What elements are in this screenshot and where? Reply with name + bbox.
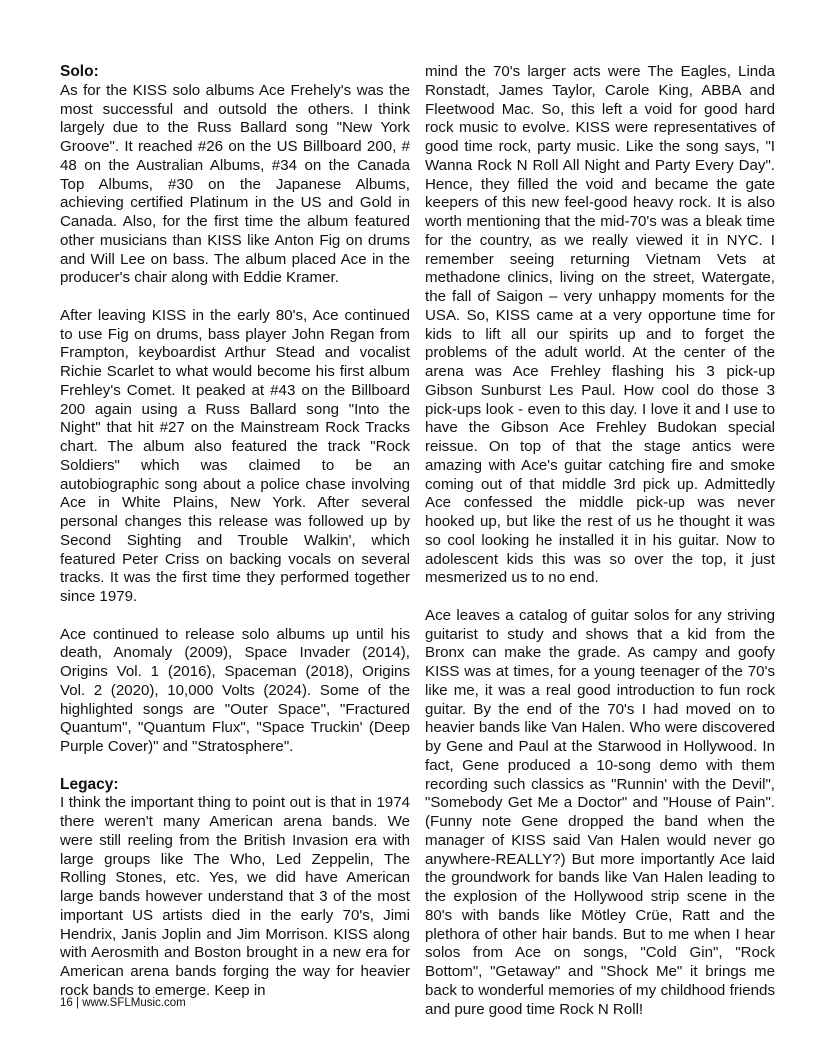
footer-separator: | [76, 997, 79, 1009]
website-link[interactable]: www.SFLMusic.com [82, 997, 186, 1009]
section-heading-legacy: Legacy: [60, 776, 410, 795]
page-number: 16 [60, 997, 73, 1009]
legacy-paragraph-1: I think the important thing to point out… [60, 794, 410, 1000]
solo-paragraph-2: After leaving KISS in the early 80's, Ac… [60, 307, 410, 607]
right-column: mind the 70's larger acts were The Eagle… [425, 63, 775, 1019]
legacy-paragraph-1-continued: mind the 70's larger acts were The Eagle… [425, 63, 775, 588]
page-footer: 16 | www.SFLMusic.com [60, 996, 186, 1010]
solo-paragraph-3: Ace continued to release solo albums up … [60, 626, 410, 757]
solo-paragraph-1: As for the KISS solo albums Ace Frehely'… [60, 82, 410, 288]
legacy-paragraph-2: Ace leaves a catalog of guitar solos for… [425, 607, 775, 1020]
section-heading-solo: Solo: [60, 63, 410, 82]
left-column: Solo: As for the KISS solo albums Ace Fr… [60, 63, 410, 1001]
